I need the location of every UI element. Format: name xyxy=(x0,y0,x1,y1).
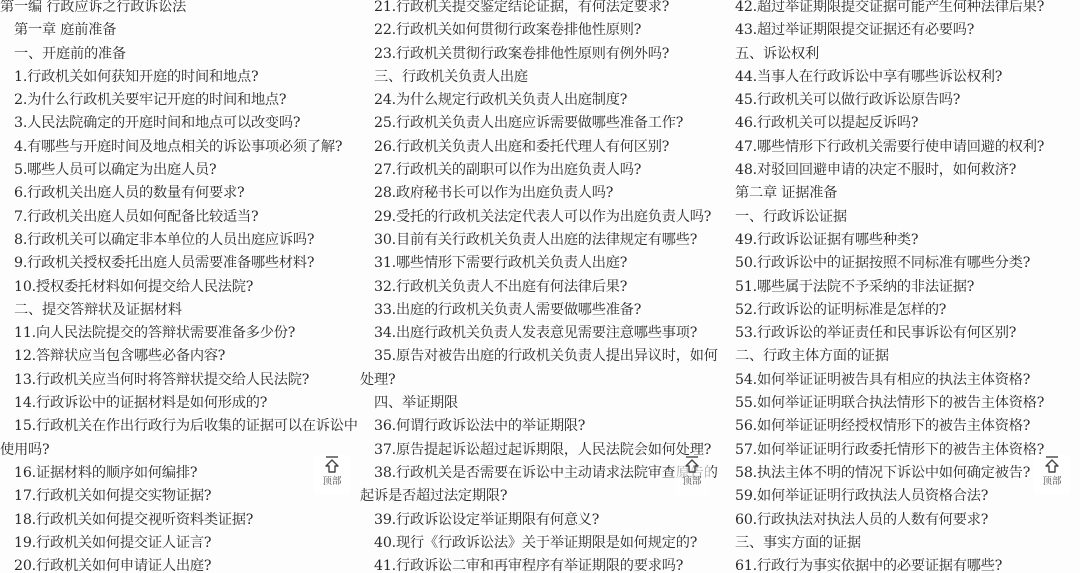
toc-item[interactable]: 27.行政机关的副职可以作为出庭负责人吗? xyxy=(358,159,724,182)
toc-item[interactable]: 40.现行《行政诉讼法》关于举证期限是如何规定的? xyxy=(358,532,724,555)
toc-item[interactable]: 12.答辩状应当包含哪些必备内容? xyxy=(0,345,358,368)
toc-item[interactable]: 13.行政机关应当何时将答辩状提交给人民法院? xyxy=(0,369,358,392)
section-heading: 一、开庭前的准备 xyxy=(0,43,358,66)
chapter-heading: 第一章 庭前准备 xyxy=(0,19,358,42)
toc-item-continuation[interactable]: 起诉是否超过法定期限? xyxy=(358,485,724,508)
section-heading: 四、举证期限 xyxy=(358,392,724,415)
toc-item[interactable]: 14.行政诉讼中的证据材料是如何形成的? xyxy=(0,392,358,415)
toc-item[interactable]: 3.人民法院确定的开庭时间和地点可以改变吗? xyxy=(0,112,358,135)
toc-item[interactable]: 54.如何举证证明被告具有相应的执法主体资格? xyxy=(724,369,1080,392)
toc-item[interactable]: 20.行政机关如何申请证人出庭? xyxy=(0,555,358,573)
arrow-up-to-top-icon xyxy=(322,455,342,475)
toc-item[interactable]: 7.行政机关出庭人员如何配备比较适当? xyxy=(0,206,358,229)
toc-item[interactable]: 41.行政诉讼二审和再审程序有举证期限的要求吗? xyxy=(358,555,724,573)
toc-item[interactable]: 10.授权委托材料如何提交给人民法院? xyxy=(0,276,358,299)
back-to-top-button[interactable]: 顶部 xyxy=(1034,455,1070,495)
back-to-top-label: 顶部 xyxy=(314,476,350,488)
toc-item[interactable]: 45.行政机关可以做行政诉讼原告吗? xyxy=(724,89,1080,112)
toc-item[interactable]: 5.哪些人员可以确定为出庭人员? xyxy=(0,159,358,182)
toc-item[interactable]: 57.如何举证证明行政委托情形下的被告主体资格? xyxy=(724,439,1080,462)
toc-item[interactable]: 24.为什么规定行政机关负责人出庭制度? xyxy=(358,89,724,112)
toc-item[interactable]: 29.受托的行政机关法定代表人可以作为出庭负责人吗? xyxy=(358,206,724,229)
toc-item[interactable]: 2.为什么行政机关要牢记开庭的时间和地点? xyxy=(0,89,358,112)
toc-item[interactable]: 58.执法主体不明的情况下诉讼中如何确定被告? xyxy=(724,462,1080,485)
toc-item[interactable]: 4.有哪些与开庭时间及地点相关的诉讼事项必须了解? xyxy=(0,136,358,159)
toc-item[interactable]: 60.行政执法对执法人员的人数有何要求? xyxy=(724,509,1080,532)
toc-item[interactable]: 9.行政机关授权委托出庭人员需要准备哪些材料? xyxy=(0,252,358,275)
toc-item[interactable]: 34.出庭行政机关负责人发表意见需要注意哪些事项? xyxy=(358,322,724,345)
toc-item[interactable]: 19.行政机关如何提交证人证言? xyxy=(0,532,358,555)
toc-item[interactable]: 15.行政机关在作出行政行为后收集的证据可以在诉讼中 xyxy=(0,415,358,438)
toc-item[interactable]: 38.行政机关是否需要在诉讼中主动请求法院审查原告的 xyxy=(358,462,724,485)
toc-lines: 21.行政机关提交鉴定结论证据，有何法定要求?22.行政机关如何贯彻行政案卷排他… xyxy=(358,0,724,573)
toc-item[interactable]: 11.向人民法院提交的答辩状需要准备多少份? xyxy=(0,322,358,345)
part-heading: 第一编 行政应诉之行政诉讼法 xyxy=(0,0,358,19)
toc-item[interactable]: 23.行政机关贯彻行政案卷排他性原则有例外吗? xyxy=(358,43,724,66)
section-heading: 三、行政机关负责人出庭 xyxy=(358,66,724,89)
toc-item[interactable]: 51.哪些属于法院不予采纳的非法证据? xyxy=(724,276,1080,299)
toc-item[interactable]: 21.行政机关提交鉴定结论证据，有何法定要求? xyxy=(358,0,724,19)
chapter-heading: 第二章 证据准备 xyxy=(724,182,1080,205)
arrow-up-to-top-icon xyxy=(682,455,702,475)
toc-item-continuation[interactable]: 使用吗? xyxy=(0,439,358,462)
toc-item[interactable]: 28.政府秘书长可以作为出庭负责人吗? xyxy=(358,182,724,205)
toc-item[interactable]: 52.行政诉讼的证明标准是怎样的? xyxy=(724,299,1080,322)
toc-item[interactable]: 42.超过举证期限提交证据可能产生何种法律后果? xyxy=(724,0,1080,19)
toc-panel-2: 21.行政机关提交鉴定结论证据，有何法定要求?22.行政机关如何贯彻行政案卷排他… xyxy=(358,0,724,573)
toc-item[interactable]: 59.如何举证证明行政执法人员资格合法? xyxy=(724,485,1080,508)
toc-item[interactable]: 43.超过举证期限提交证据还有必要吗? xyxy=(724,19,1080,42)
toc-lines: 第一编 行政应诉之行政诉讼法第一章 庭前准备一、开庭前的准备1.行政机关如何获知… xyxy=(0,0,358,573)
toc-item[interactable]: 37.原告提起诉讼超过起诉期限，人民法院会如何处理? xyxy=(358,439,724,462)
toc-item-continuation[interactable]: 处理? xyxy=(358,369,724,392)
section-heading: 一、行政诉讼证据 xyxy=(724,206,1080,229)
toc-item[interactable]: 26.行政机关负责人出庭和委托代理人有何区别? xyxy=(358,136,724,159)
toc-item[interactable]: 33.出庭的行政机关负责人需要做哪些准备? xyxy=(358,299,724,322)
section-heading: 二、行政主体方面的证据 xyxy=(724,345,1080,368)
back-to-top-button[interactable]: 顶部 xyxy=(674,455,710,495)
toc-panel-1: 第一编 行政应诉之行政诉讼法第一章 庭前准备一、开庭前的准备1.行政机关如何获知… xyxy=(0,0,358,573)
toc-item[interactable]: 16.证据材料的顺序如何编排? xyxy=(0,462,358,485)
back-to-top-label: 顶部 xyxy=(1034,476,1070,488)
toc-item[interactable]: 48.对驳回回避申请的决定不服时，如何救济? xyxy=(724,159,1080,182)
toc-item[interactable]: 6.行政机关出庭人员的数量有何要求? xyxy=(0,182,358,205)
toc-item[interactable]: 36.何谓行政诉讼法中的举证期限? xyxy=(358,415,724,438)
toc-item[interactable]: 30.目前有关行政机关负责人出庭的法律规定有哪些? xyxy=(358,229,724,252)
section-heading: 二、提交答辩状及证据材料 xyxy=(0,299,358,322)
toc-item[interactable]: 56.如何举证证明经授权情形下的被告主体资格? xyxy=(724,415,1080,438)
toc-item[interactable]: 49.行政诉讼证据有哪些种类? xyxy=(724,229,1080,252)
toc-item[interactable]: 55.如何举证证明联合执法情形下的被告主体资格? xyxy=(724,392,1080,415)
toc-item[interactable]: 8.行政机关可以确定非本单位的人员出庭应诉吗? xyxy=(0,229,358,252)
toc-item[interactable]: 22.行政机关如何贯彻行政案卷排他性原则? xyxy=(358,19,724,42)
toc-item[interactable]: 47.哪些情形下行政机关需要行使申请回避的权利? xyxy=(724,136,1080,159)
arrow-up-to-top-icon xyxy=(1042,455,1062,475)
toc-item[interactable]: 31.哪些情形下需要行政机关负责人出庭? xyxy=(358,252,724,275)
toc-lines: 42.超过举证期限提交证据可能产生何种法律后果?43.超过举证期限提交证据还有必… xyxy=(724,0,1080,573)
toc-item[interactable]: 1.行政机关如何获知开庭的时间和地点? xyxy=(0,66,358,89)
back-to-top-label: 顶部 xyxy=(674,476,710,488)
toc-item[interactable]: 44.当事人在行政诉讼中享有哪些诉讼权利? xyxy=(724,66,1080,89)
toc-item[interactable]: 46.行政机关可以提起反诉吗? xyxy=(724,112,1080,135)
toc-item[interactable]: 39.行政诉讼设定举证期限有何意义? xyxy=(358,509,724,532)
toc-item[interactable]: 17.行政机关如何提交实物证据? xyxy=(0,485,358,508)
section-heading: 三、事实方面的证据 xyxy=(724,532,1080,555)
toc-item[interactable]: 61.行政行为事实依据中的必要证据有哪些? xyxy=(724,555,1080,573)
back-to-top-button[interactable]: 顶部 xyxy=(314,455,350,495)
section-heading: 五、诉讼权利 xyxy=(724,43,1080,66)
toc-item[interactable]: 18.行政机关如何提交视听资料类证据? xyxy=(0,509,358,532)
toc-item[interactable]: 32.行政机关负责人不出庭有何法律后果? xyxy=(358,276,724,299)
toc-item[interactable]: 35.原告对被告出庭的行政机关负责人提出异议时，如何 xyxy=(358,345,724,368)
toc-item[interactable]: 50.行政诉讼中的证据按照不同标准有哪些分类? xyxy=(724,252,1080,275)
toc-panel-3: 42.超过举证期限提交证据可能产生何种法律后果?43.超过举证期限提交证据还有必… xyxy=(724,0,1080,573)
toc-item[interactable]: 25.行政机关负责人出庭应诉需要做哪些准备工作? xyxy=(358,112,724,135)
toc-item[interactable]: 53.行政诉讼的举证责任和民事诉讼有何区别? xyxy=(724,322,1080,345)
